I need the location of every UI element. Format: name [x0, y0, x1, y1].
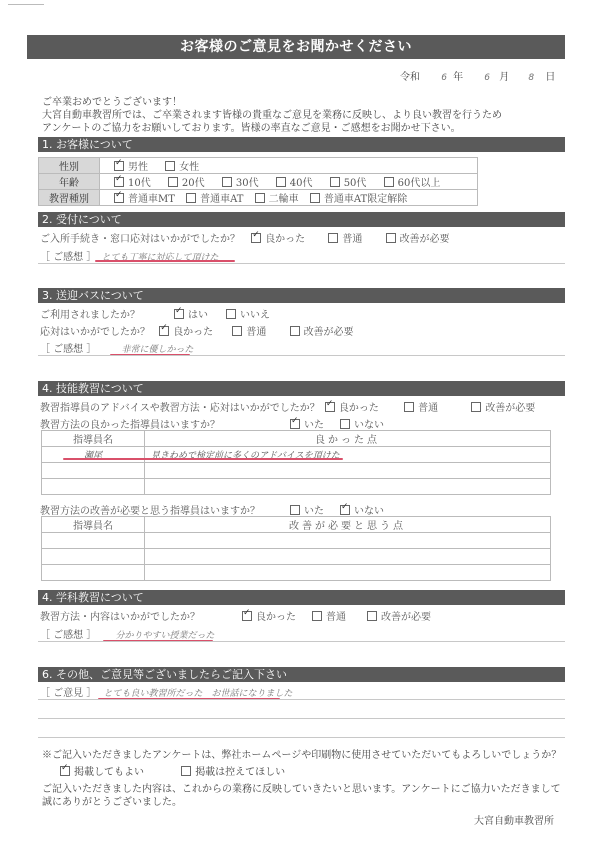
reception-question: ご入所手続き・窓口応対はいかがでしたか？ [40, 234, 240, 245]
gender-row: 性別 男性 女性 [39, 158, 478, 174]
publish-consent: ※ご記入いただきましたアンケートは、弊社ホームページや印刷物に使用させていただい… [42, 746, 561, 778]
checkbox-icon[interactable] [328, 233, 338, 243]
bad-instructor-no-option[interactable]: いない [340, 502, 384, 517]
good-instructor-table: 指導員名 良かった点 瀬尾 見きわめで検定前に多くのアドバイスを頂けた [41, 430, 551, 495]
reception-improve-option[interactable]: 改善が必要 [386, 230, 450, 245]
improve-point-cell[interactable] [145, 549, 551, 565]
option-label: 10代 [128, 178, 151, 189]
checkbox-icon[interactable] [255, 193, 265, 203]
checkbox-icon[interactable] [312, 611, 322, 621]
publish-allow-option[interactable]: 掲載してもよい [60, 763, 144, 778]
age-10s-option[interactable]: 10代 [114, 174, 151, 189]
table-row [42, 479, 551, 495]
lecture-normal-option[interactable]: 普通 [312, 608, 346, 623]
comment-rule [38, 718, 565, 719]
reception-good-option[interactable]: 良かった [251, 230, 305, 245]
course-type-label: 教習種別 [39, 190, 100, 206]
good-point-cell[interactable] [145, 479, 551, 495]
age-20s-option[interactable]: 20代 [168, 174, 205, 189]
intro-line-1: ご卒業おめでとうございます！ [42, 96, 502, 109]
comment-rule [38, 699, 565, 700]
option-label: 二輪車 [269, 194, 299, 205]
instructor-name-cell[interactable] [42, 565, 145, 581]
option-label: 40代 [290, 178, 313, 189]
gender-male-option[interactable]: 男性 [114, 158, 148, 173]
intro-text: ご卒業おめでとうございます！ 大宮自動車教習所では、ご卒業されます皆様の貴重なご… [42, 96, 502, 135]
option-label: 掲載は控えてほしい [195, 767, 285, 778]
comment-label: ［ ご感想 ］ [40, 630, 96, 641]
closing-message: ご記入いただきました内容は、これからの業務に反映していきたいと思います。アンケー… [42, 783, 561, 809]
checkbox-checked-icon[interactable] [174, 309, 184, 319]
option-label: 改善が必要 [381, 612, 431, 623]
gender-label: 性別 [39, 158, 100, 174]
checkbox-checked-icon[interactable] [251, 233, 261, 243]
instructor-name-cell[interactable] [42, 463, 145, 479]
date-day-unit: 日 [545, 68, 555, 83]
closing-line-2: 誠にありがとうございました。 [42, 796, 561, 809]
customer-profile-table: 性別 男性 女性 年齢 10代 20代 30代 40代 50代 60代以上 教習… [38, 157, 478, 206]
checkbox-icon[interactable] [471, 402, 481, 412]
comment-rule [38, 641, 565, 642]
table-row [42, 565, 551, 581]
checkbox-icon[interactable] [186, 193, 196, 203]
option-label: 改善が必要 [485, 403, 535, 414]
good-point-cell[interactable]: 見きわめで検定前に多くのアドバイスを頂けた [145, 447, 551, 463]
date-month-value[interactable]: 6 [484, 73, 490, 83]
column-header-instructor: 指導員名 [42, 431, 145, 447]
lecture-question: 教習方法・内容はいかがでしたか？ [40, 612, 200, 623]
instructor-good-option[interactable]: 良かった [325, 399, 379, 414]
bus-used-no-option[interactable]: いいえ [226, 306, 270, 321]
age-30s-option[interactable]: 30代 [222, 174, 259, 189]
checkbox-icon[interactable] [181, 766, 191, 776]
age-50s-option[interactable]: 50代 [330, 174, 367, 189]
table-row: 瀬尾 見きわめで検定前に多くのアドバイスを頂けた [42, 447, 551, 463]
bus-comment-row: ［ ご感想 ］ 非常に優しかった [40, 340, 194, 355]
option-label: 良かった [173, 327, 213, 338]
form-title: お客様のご意見をお聞かせください [27, 35, 565, 59]
option-label: 20代 [182, 178, 205, 189]
checkbox-checked-icon[interactable] [114, 193, 124, 203]
comment-label: ［ ご感想 ］ [40, 344, 96, 355]
checkbox-icon[interactable] [330, 177, 340, 187]
course-mt-option[interactable]: 普通車MT [114, 190, 175, 205]
bad-instructor-yes-option[interactable]: いた [290, 502, 324, 517]
comment-rule [38, 737, 565, 738]
good-instructor-yes-option[interactable]: いた [290, 416, 324, 431]
red-underline [63, 458, 343, 460]
option-label: 良かった [339, 403, 379, 414]
section5-heading: 4. 学科教習について [38, 590, 565, 605]
date-era: 令和 [400, 68, 420, 83]
bus-service-row: 応対はいかがでしたか？ 良かった 普通 改善が必要 [40, 323, 354, 338]
option-label: 男性 [128, 162, 148, 173]
option-label: 普通車AT限定解除 [324, 194, 407, 205]
checkbox-icon[interactable] [165, 161, 175, 171]
column-header-instructor: 指導員名 [42, 517, 145, 533]
section2-heading: 2. 受付について [38, 212, 565, 227]
checkbox-icon[interactable] [367, 611, 377, 621]
table-header: 指導員名 改善が必要と思う点 [42, 517, 551, 533]
checkbox-icon[interactable] [404, 402, 414, 412]
checkbox-checked-icon[interactable] [242, 611, 252, 621]
option-label: 30代 [236, 178, 259, 189]
improve-point-cell[interactable] [145, 565, 551, 581]
comment-label: ［ ご意見 ］ [40, 688, 96, 699]
age-row: 年齢 10代 20代 30代 40代 50代 60代以上 [39, 174, 478, 190]
checkbox-icon[interactable] [226, 309, 236, 319]
reception-question-row: ご入所手続き・窓口応対はいかがでしたか？ 良かった 普通 改善が必要 [40, 230, 450, 245]
checkbox-checked-icon[interactable] [290, 419, 300, 429]
bus-service-question: 応対はいかがでしたか？ [40, 327, 150, 338]
option-label: はい [188, 310, 208, 321]
lecture-good-option[interactable]: 良かった [242, 608, 296, 623]
checkbox-icon[interactable] [290, 326, 300, 336]
bus-used-row: ご利用されましたか？ はい いいえ [40, 306, 140, 321]
gender-female-option[interactable]: 女性 [165, 158, 199, 173]
option-label: 改善が必要 [304, 327, 354, 338]
course-motorcycle-option[interactable]: 二輪車 [255, 190, 299, 205]
lecture-comment-row: ［ ご感想 ］ 分かりやすい授業だった [40, 626, 215, 641]
improve-instructor-table: 指導員名 改善が必要と思う点 [41, 516, 551, 581]
age-60plus-option[interactable]: 60代以上 [384, 174, 441, 189]
section6-heading: 6. その他、ご意見等ございましたらご記入下さい [38, 667, 565, 682]
instructor-name-cell[interactable]: 瀬尾 [42, 447, 145, 463]
checkbox-icon[interactable] [168, 177, 178, 187]
option-label: 良かった [256, 612, 296, 623]
checkbox-icon[interactable] [310, 193, 320, 203]
intro-line-2: 大宮自動車教習所では、ご卒業されます皆様の貴重なご意見を業務に反映し、より良い教… [42, 109, 502, 122]
good-point-cell[interactable] [145, 463, 551, 479]
option-label: 掲載してもよい [74, 767, 144, 778]
instructor-normal-option[interactable]: 普通 [404, 399, 438, 414]
checkbox-icon[interactable] [386, 233, 396, 243]
option-label: 普通 [342, 234, 362, 245]
section3-heading: 3. 送迎バスについて [38, 288, 565, 303]
section4-heading: 4. 技能教習について [38, 381, 565, 396]
comment-rule [38, 355, 565, 356]
improve-point-cell[interactable] [145, 533, 551, 549]
instructor-name-cell[interactable] [42, 549, 145, 565]
date-month-unit: 月 [499, 68, 509, 83]
checkbox-checked-icon[interactable] [340, 505, 350, 515]
option-label: 改善が必要 [400, 234, 450, 245]
instructor-name-cell[interactable] [42, 533, 145, 549]
checkbox-checked-icon[interactable] [114, 161, 124, 171]
age-40s-option[interactable]: 40代 [276, 174, 313, 189]
good-instructor-row: 教習方法の良かった指導員はいますか？ いた いない [40, 416, 220, 431]
comment-label: ［ ご感想 ］ [40, 252, 96, 263]
option-label: 良かった [265, 234, 305, 245]
publish-question: ※ご記入いただきましたアンケートは、弊社ホームページや印刷物に使用させていただい… [42, 746, 561, 761]
option-label: 普通 [326, 612, 346, 623]
publish-decline-option[interactable]: 掲載は控えてほしい [181, 763, 285, 778]
option-label: 普通車AT [200, 194, 243, 205]
scan-artifact-line [8, 4, 44, 5]
instructor-eval-row: 教習指導員のアドバイスや教習方法・応対はいかがでしたか？ 良かった 普通 改善が… [40, 399, 535, 414]
reception-normal-option[interactable]: 普通 [328, 230, 362, 245]
bus-used-question: ご利用されましたか？ [40, 310, 140, 321]
checkbox-icon[interactable] [232, 326, 242, 336]
instructor-name-cell[interactable] [42, 479, 145, 495]
option-label: 50代 [344, 178, 367, 189]
date-year-value[interactable]: 6 [441, 73, 447, 83]
age-label: 年齢 [39, 174, 100, 190]
option-label: 普通車MT [128, 194, 175, 205]
red-underline [95, 260, 235, 262]
checkbox-checked-icon[interactable] [60, 766, 70, 776]
comment-rule [38, 263, 565, 264]
other-comment-row: ［ ご意見 ］ とても良い教習所だった お世話になりました [40, 684, 293, 699]
checkbox-icon[interactable] [384, 177, 394, 187]
column-header-improve-point: 改善が必要と思う点 [145, 517, 551, 533]
checkbox-icon[interactable] [222, 177, 232, 187]
bus-used-yes-option[interactable]: はい [174, 306, 208, 321]
checkbox-icon[interactable] [276, 177, 286, 187]
checkbox-icon[interactable] [340, 419, 350, 429]
checkbox-icon[interactable] [290, 505, 300, 515]
option-label: 普通 [418, 403, 438, 414]
option-label: 普通 [246, 327, 266, 338]
bus-improve-option[interactable]: 改善が必要 [290, 323, 354, 338]
option-label: いいえ [240, 310, 270, 321]
checkbox-checked-icon[interactable] [159, 326, 169, 336]
date-day-value[interactable]: 8 [528, 73, 534, 83]
course-at-option[interactable]: 普通車AT [186, 190, 243, 205]
bad-instructor-row: 教習方法の改善が必要と思う指導員はいますか？ いた いない [40, 502, 260, 517]
date-year-unit: 年 [453, 68, 463, 83]
instructor-eval-question: 教習指導員のアドバイスや教習方法・応対はいかがでしたか？ [40, 403, 320, 414]
bus-good-option[interactable]: 良かった [159, 323, 213, 338]
bus-normal-option[interactable]: 普通 [232, 323, 266, 338]
checkbox-checked-icon[interactable] [325, 402, 335, 412]
good-instructor-no-option[interactable]: いない [340, 416, 384, 431]
table-header: 指導員名 良かった点 [42, 431, 551, 447]
closing-line-1: ご記入いただきました内容は、これからの業務に反映していきたいと思います。アンケー… [42, 783, 561, 796]
column-header-good-point: 良かった点 [145, 431, 551, 447]
signature: 大宮自動車教習所 [474, 812, 554, 827]
table-row [42, 463, 551, 479]
reception-comment[interactable]: とても丁寧に対応して頂けた [102, 253, 219, 263]
course-type-row: 教習種別 普通車MT 普通車AT 二輪車 普通車AT限定解除 [39, 190, 478, 206]
lecture-improve-option[interactable]: 改善が必要 [367, 608, 431, 623]
option-label: 女性 [179, 162, 199, 173]
course-at-limit-removal-option[interactable]: 普通車AT限定解除 [310, 190, 407, 205]
date-field: 令和 6 年 6 月 8 日 [400, 68, 555, 83]
option-label: 60代以上 [398, 178, 441, 189]
table-row [42, 549, 551, 565]
instructor-improve-option[interactable]: 改善が必要 [471, 399, 535, 414]
lecture-question-row: 教習方法・内容はいかがでしたか？ 良かった 普通 改善が必要 [40, 608, 200, 623]
section1-heading: 1. お客様について [38, 137, 565, 152]
intro-line-3: アンケートのご協力をお願いしております。皆様の率直なご意見・ご感想をお聞かせ下さ… [42, 122, 502, 135]
checkbox-checked-icon[interactable] [114, 177, 124, 187]
table-row [42, 533, 551, 549]
